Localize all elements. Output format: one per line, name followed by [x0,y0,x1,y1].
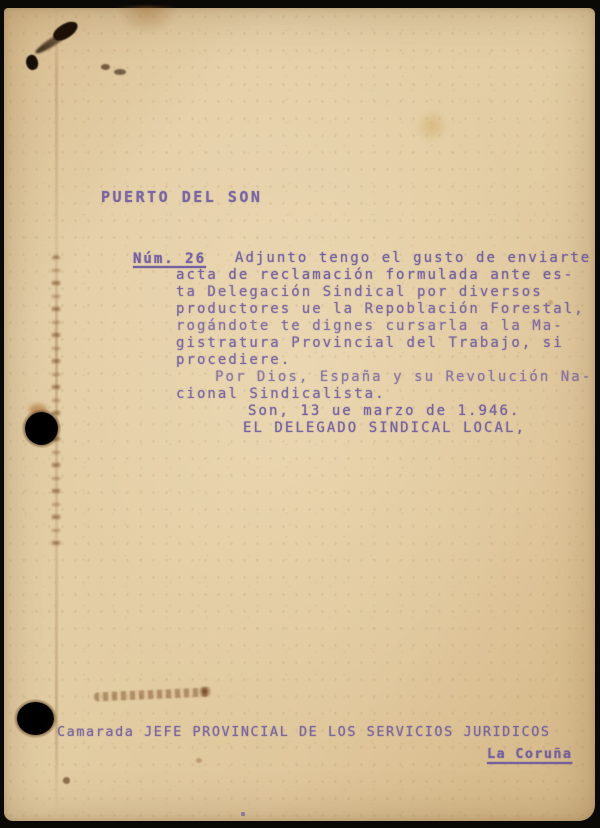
date-line: Son, 13 ue marzo de 1.946. [176,403,591,420]
scanned-letter-page: { "colors": { "scan_background": "#0b090… [0,0,600,828]
recipient-line: Camarada JEFE PROVINCIAL DE LOS SERVICIO… [57,724,551,740]
signature-title-line: EL DELEGADO SINDICAL LOCAL, [176,420,591,437]
letterhead-location: PUERTO DEL SON [101,188,262,206]
destination-place: La Coruña [487,746,572,762]
body-line: productores ue la Repoblación Forestal, [176,301,591,318]
body-line: ta Delegación Sindical por diversos [176,284,591,301]
closing-formula-line: Por Dios, España y su Revolución Na- [176,369,591,386]
body-line: rogándote te dignes cursarla a la Ma- [176,318,591,335]
body-line: procediere. [176,352,591,369]
closing-formula-line: cional Sindicalista. [176,386,591,403]
body-line: acta de reclamación formulada ante es- [176,267,591,284]
letter-body: Adjunto tengo el gusto de enviarte acta … [176,250,591,437]
body-line: Adjunto tengo el gusto de enviarte [176,250,591,267]
body-line: gistratura Provincial del Trabajo, si [176,335,591,352]
